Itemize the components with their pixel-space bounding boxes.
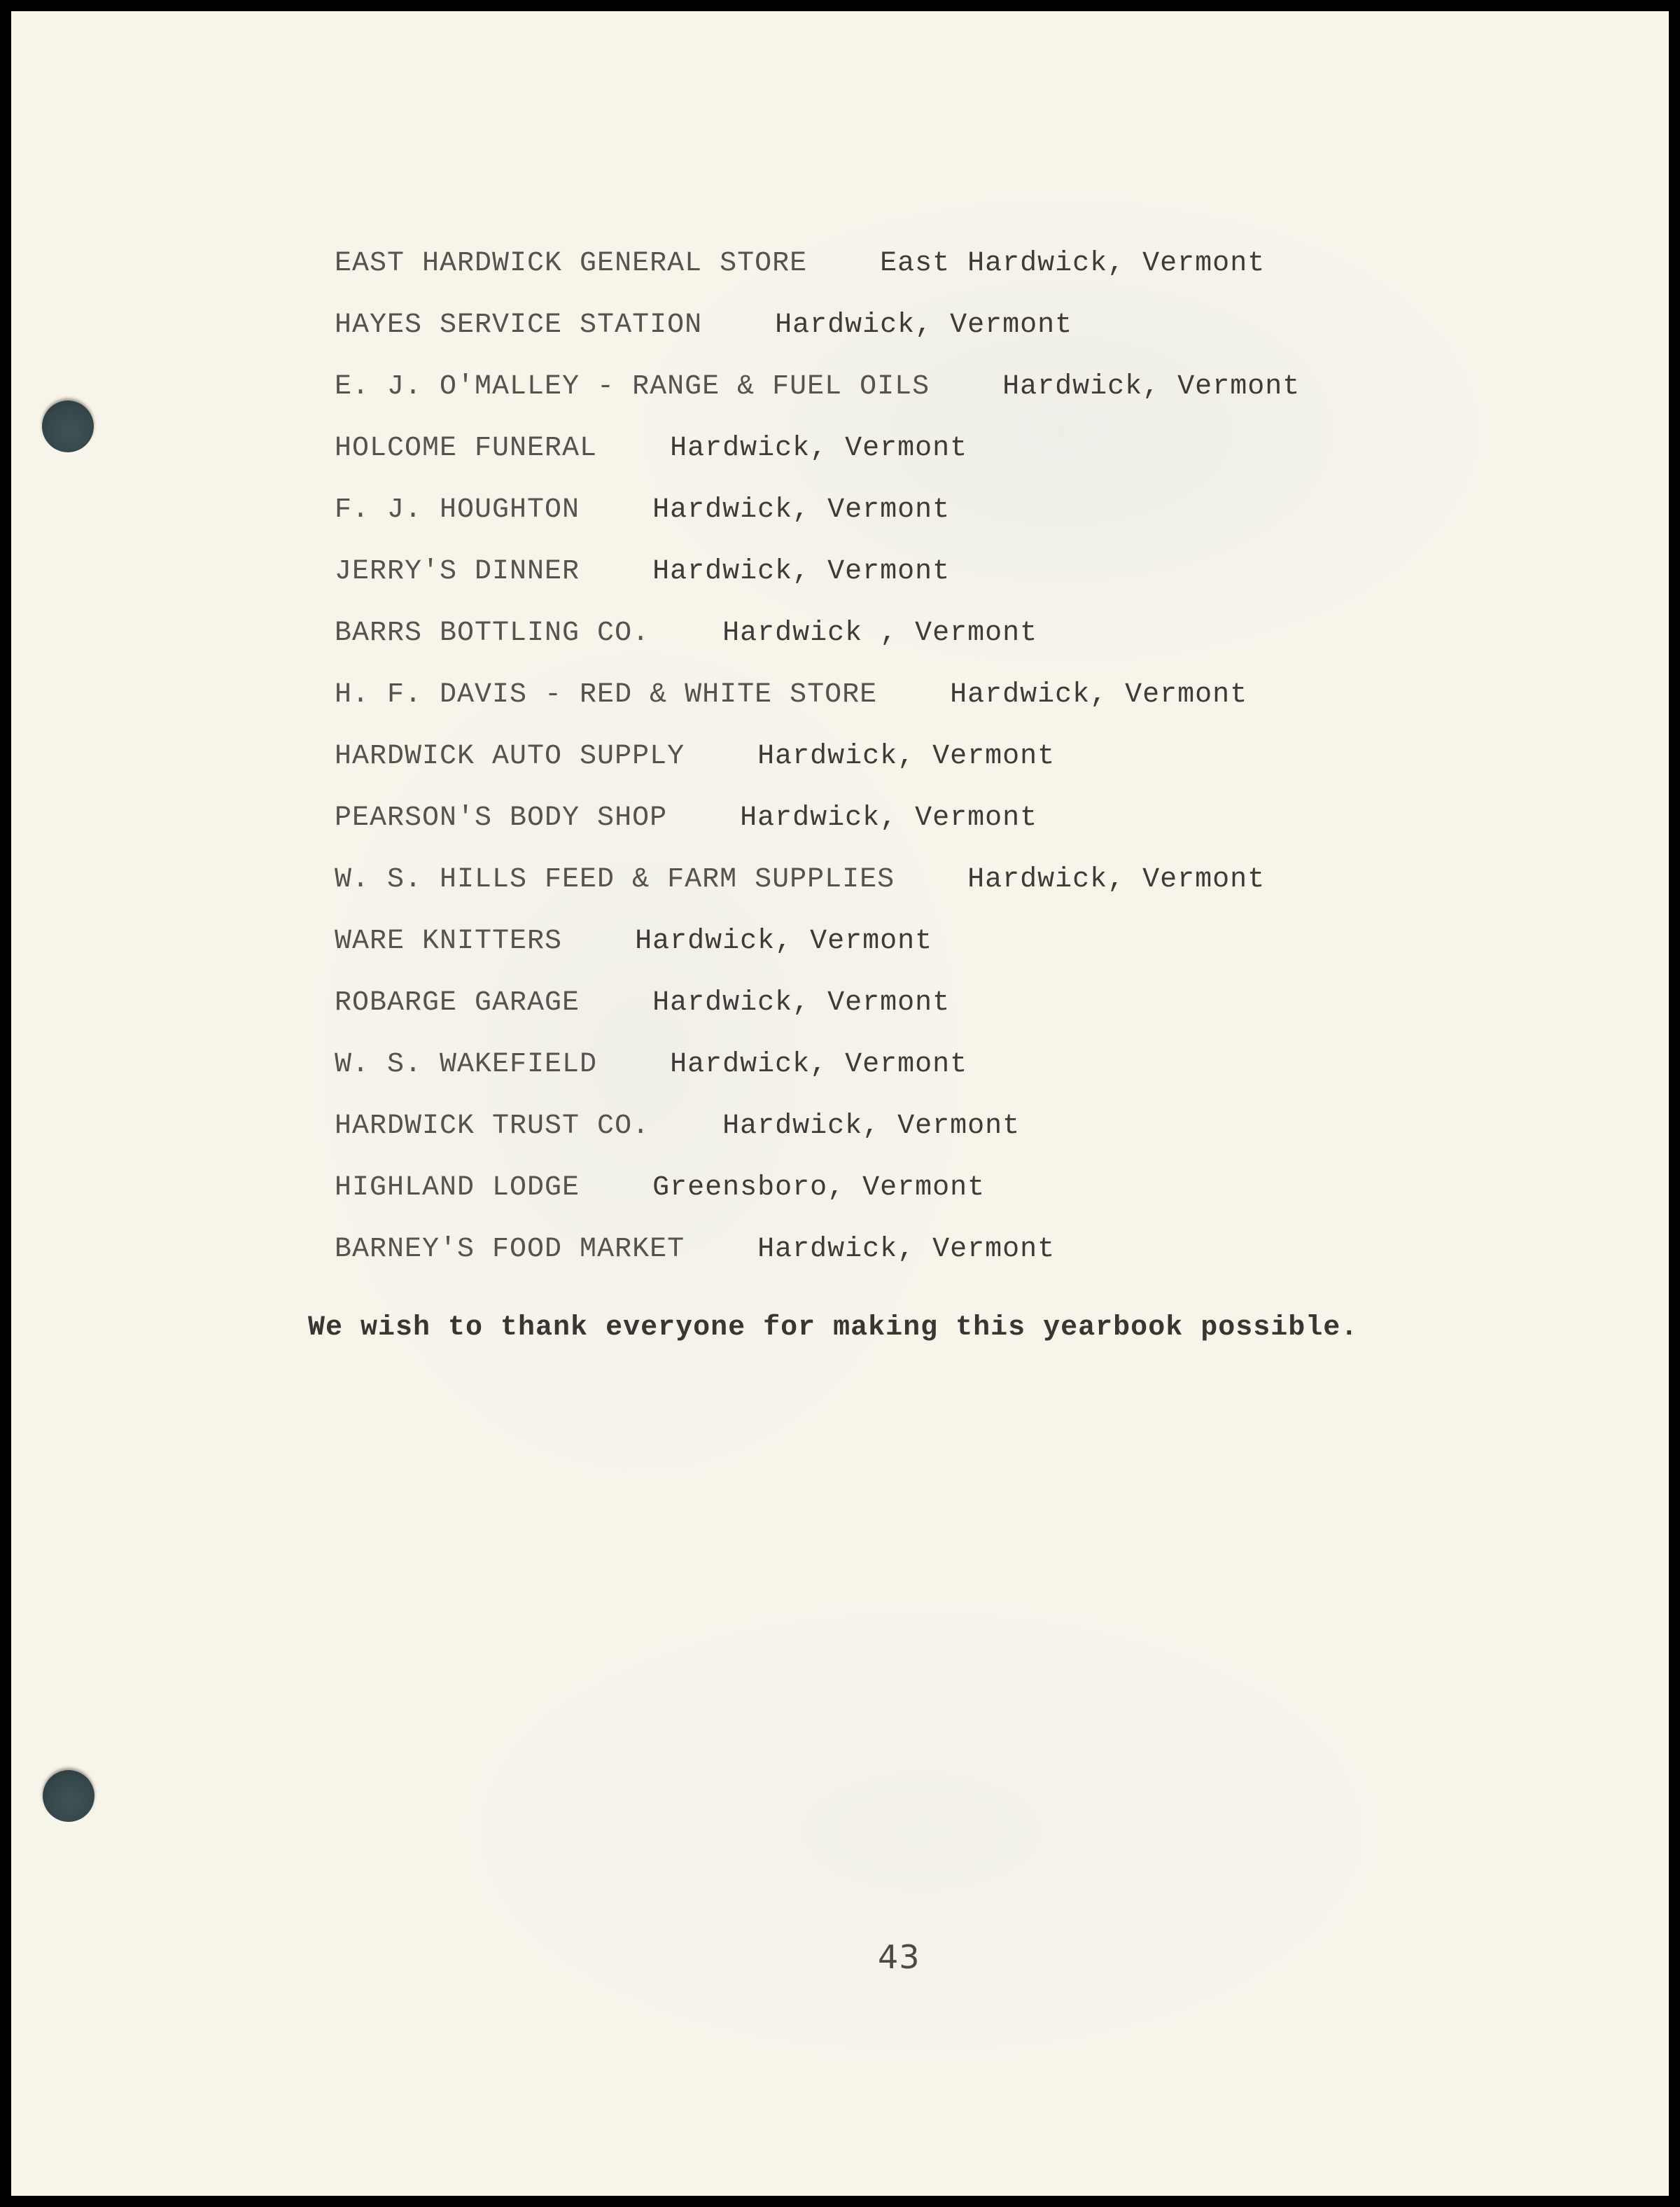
sponsor-entry: HARDWICK TRUST CO.Hardwick, Vermont bbox=[335, 1095, 1300, 1157]
sponsor-location: Hardwick, Vermont bbox=[670, 1049, 967, 1080]
sponsor-location: Hardwick, Vermont bbox=[722, 1111, 1020, 1142]
sponsor-name: H. F. DAVIS - RED & WHITE STORE bbox=[335, 679, 877, 711]
sponsor-location: Hardwick, Vermont bbox=[757, 741, 1055, 772]
sponsor-name: HARDWICK AUTO SUPPLY bbox=[335, 741, 685, 772]
sponsor-location: Hardwick, Vermont bbox=[652, 494, 950, 526]
sponsor-location: Hardwick, Vermont bbox=[950, 679, 1247, 711]
document-page: EAST HARDWICK GENERAL STOREEast Hardwick… bbox=[11, 11, 1669, 2196]
punch-hole-top bbox=[42, 401, 94, 452]
sponsor-location: Hardwick , Vermont bbox=[722, 618, 1037, 649]
sponsor-entry: HARDWICK AUTO SUPPLYHardwick, Vermont bbox=[335, 725, 1300, 787]
sponsor-location: Hardwick, Vermont bbox=[670, 433, 967, 464]
sponsor-entry: WARE KNITTERSHardwick, Vermont bbox=[335, 910, 1300, 972]
sponsor-name: BARRS BOTTLING CO. bbox=[335, 618, 650, 649]
sponsor-location: Hardwick, Vermont bbox=[635, 926, 932, 957]
sponsor-entry: PEARSON'S BODY SHOPHardwick, Vermont bbox=[335, 787, 1300, 849]
sponsor-name: WARE KNITTERS bbox=[335, 926, 562, 957]
sponsor-location: Hardwick, Vermont bbox=[967, 864, 1265, 896]
sponsor-location: Hardwick, Vermont bbox=[652, 987, 950, 1019]
sponsor-location: East Hardwick, Vermont bbox=[880, 248, 1265, 279]
sponsor-name: W. S. WAKEFIELD bbox=[335, 1049, 597, 1080]
sponsor-location: Hardwick, Vermont bbox=[740, 802, 1037, 834]
sponsor-entry: F. J. HOUGHTONHardwick, Vermont bbox=[335, 479, 1300, 541]
sponsor-name: JERRY'S DINNER bbox=[335, 556, 580, 587]
sponsor-name: HAYES SERVICE STATION bbox=[335, 309, 702, 341]
sponsor-entry: JERRY'S DINNERHardwick, Vermont bbox=[335, 541, 1300, 602]
sponsor-entry: BARRS BOTTLING CO.Hardwick , Vermont bbox=[335, 602, 1300, 664]
sponsor-entry: HAYES SERVICE STATIONHardwick, Vermont bbox=[335, 294, 1300, 356]
sponsor-entry: HOLCOME FUNERALHardwick, Vermont bbox=[335, 417, 1300, 479]
sponsor-location: Hardwick, Vermont bbox=[652, 556, 950, 587]
sponsor-name: ROBARGE GARAGE bbox=[335, 987, 580, 1019]
sponsor-entry: BARNEY'S FOOD MARKETHardwick, Vermont bbox=[335, 1218, 1300, 1280]
sponsor-name: EAST HARDWICK GENERAL STORE bbox=[335, 248, 807, 279]
closing-note: We wish to thank everyone for making thi… bbox=[308, 1312, 1358, 1344]
punch-hole-bottom bbox=[43, 1770, 94, 1822]
sponsor-name: F. J. HOUGHTON bbox=[335, 494, 580, 526]
sponsor-list: EAST HARDWICK GENERAL STOREEast Hardwick… bbox=[335, 232, 1300, 1280]
sponsor-name: BARNEY'S FOOD MARKET bbox=[335, 1234, 685, 1265]
sponsor-entry: ROBARGE GARAGEHardwick, Vermont bbox=[335, 972, 1300, 1033]
sponsor-name: E. J. O'MALLEY - RANGE & FUEL OILS bbox=[335, 371, 930, 403]
sponsor-entry: E. J. O'MALLEY - RANGE & FUEL OILSHardwi… bbox=[335, 356, 1300, 417]
sponsor-location: Greensboro, Vermont bbox=[652, 1172, 985, 1204]
sponsor-entry: W. S. HILLS FEED & FARM SUPPLIESHardwick… bbox=[335, 849, 1300, 910]
sponsor-location: Hardwick, Vermont bbox=[1002, 371, 1300, 403]
sponsor-location: Hardwick, Vermont bbox=[775, 309, 1072, 341]
sponsor-name: HOLCOME FUNERAL bbox=[335, 433, 597, 464]
sponsor-entry: W. S. WAKEFIELDHardwick, Vermont bbox=[335, 1033, 1300, 1095]
sponsor-name: PEARSON'S BODY SHOP bbox=[335, 802, 667, 834]
sponsor-location: Hardwick, Vermont bbox=[757, 1234, 1055, 1265]
sponsor-name: HARDWICK TRUST CO. bbox=[335, 1111, 650, 1142]
sponsor-name: W. S. HILLS FEED & FARM SUPPLIES bbox=[335, 864, 895, 896]
page-number: 43 bbox=[878, 1938, 920, 1976]
sponsor-name: HIGHLAND LODGE bbox=[335, 1172, 580, 1204]
sponsor-entry: H. F. DAVIS - RED & WHITE STOREHardwick,… bbox=[335, 664, 1300, 725]
sponsor-entry: EAST HARDWICK GENERAL STOREEast Hardwick… bbox=[335, 232, 1300, 294]
sponsor-entry: HIGHLAND LODGEGreensboro, Vermont bbox=[335, 1157, 1300, 1218]
